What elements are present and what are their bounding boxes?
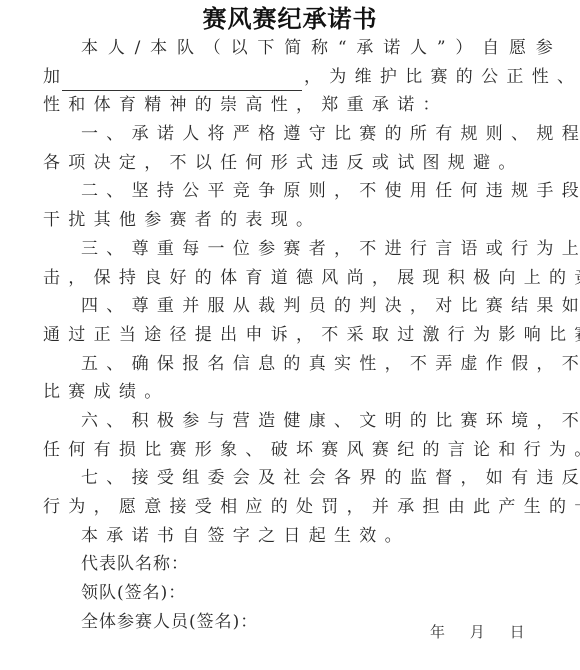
intro-suffix: ，为维护比赛的公正性、纯洁 (304, 67, 580, 87)
intro-char: ） (455, 34, 472, 63)
document-title: 赛风赛纪承诺书 (0, 4, 580, 34)
intro-char: 简 (284, 34, 301, 63)
clause-6-line-1: 六、积极参与营造健康、文明的比赛环境，不参与或传播 (43, 407, 553, 436)
clause-2-line-1: 二、坚持公平竞争原则，不使用任何违规手段提高成绩或 (43, 177, 553, 206)
intro-line-3: 性和体育精神的崇高性，郑重承诺： (43, 91, 553, 120)
clause-2-line-2: 干扰其他参赛者的表现。 (43, 206, 553, 235)
event-name-blank-field[interactable] (62, 70, 302, 91)
clause-5-line-1: 五、确保报名信息的真实性，不弄虚作假，不伪造或篡改 (43, 350, 553, 379)
intro-char: “ (338, 34, 347, 63)
intro-char: 称 (311, 34, 328, 63)
clause-4-line-1: 四、尊重并服从裁判员的判决，对比赛结果如有异议，将 (43, 292, 553, 321)
leader-signature-label: 领队(签名)： (43, 579, 553, 608)
intro-line-1: 本人/本队（以下简称“承诺人”）自愿参 (43, 34, 553, 63)
document-body: 本人/本队（以下简称“承诺人”）自愿参 加，为维护比赛的公正性、纯洁 性和体育精… (43, 34, 553, 636)
clause-5-line-2: 比赛成绩。 (43, 378, 553, 407)
clause-7-line-1: 七、接受组委会及社会各界的监督，如有违反赛风赛纪的 (43, 464, 553, 493)
clause-1-line-2: 各项决定，不以任何形式违反或试图规避。 (43, 149, 553, 178)
intro-char: 自 (482, 34, 499, 63)
intro-char: 愿 (509, 34, 526, 63)
intro-char: （ (204, 34, 221, 63)
clause-3-line-2: 击，保持良好的体育道德风尚，展现积极向上的竞技态度。 (43, 264, 553, 293)
date-day: 日 (510, 621, 525, 642)
intro-char: 下 (257, 34, 274, 63)
date-month: 月 (470, 621, 485, 642)
intro-char: 人 (108, 34, 125, 63)
intro-char: 人 (410, 34, 427, 63)
intro-char: 参 (536, 34, 553, 63)
clause-1-line-1: 一、承诺人将严格遵守比赛的所有规则、规程及组委会的 (43, 120, 553, 149)
intro-char: 队 (177, 34, 194, 63)
date-year: 年 (430, 621, 445, 642)
intro-char: 承 (356, 34, 373, 63)
signature-date: 年 月 日 (430, 621, 545, 642)
team-name-label: 代表队名称： (43, 550, 553, 579)
clause-6-line-2: 任何有损比赛形象、破坏赛风赛纪的言论和行为。 (43, 436, 553, 465)
intro-char: ” (437, 34, 446, 63)
intro-prefix: 加 (43, 67, 60, 87)
intro-char: / (135, 34, 141, 63)
intro-char: 诺 (383, 34, 400, 63)
clause-4-line-2: 通过正当途径提出申诉，不采取过激行为影响比赛秩序。 (43, 321, 553, 350)
effective-statement: 本承诺书自签字之日起生效。 (43, 522, 553, 551)
intro-char: 本 (150, 34, 167, 63)
intro-char: 以 (231, 34, 248, 63)
intro-char: 本 (81, 34, 98, 63)
intro-line-2: 加，为维护比赛的公正性、纯洁 (43, 63, 553, 92)
clause-7-line-2: 行为，愿意接受相应的处罚，并承担由此产生的一切后果。 (43, 493, 553, 522)
clause-3-line-1: 三、尊重每一位参赛者，不进行言语或行为上的侮辱、攻 (43, 235, 553, 264)
